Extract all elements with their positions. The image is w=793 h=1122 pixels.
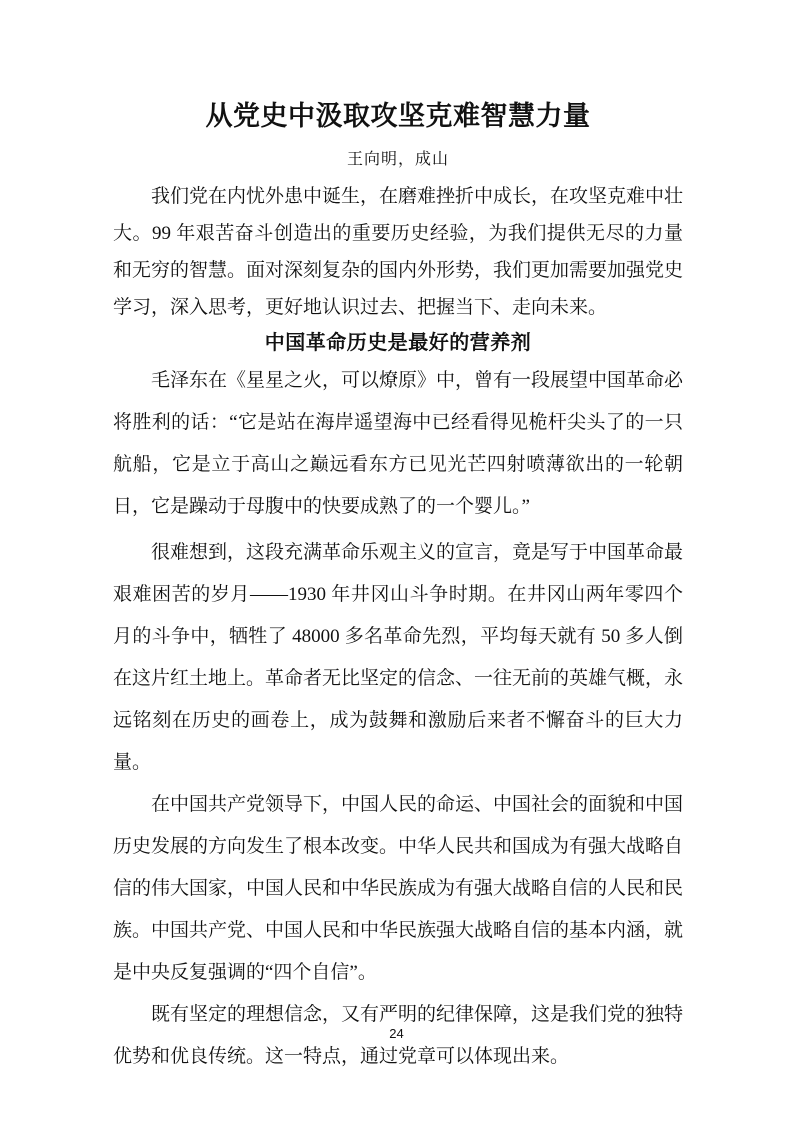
intro-paragraph: 我们党在内忧外患中诞生，在磨难挫折中成长，在攻坚克难中壮大。99 年艰苦奋斗创造… [113,178,683,326]
document-content: 从党史中汲取攻坚克难智慧力量 王向明，成山 我们党在内忧外患中诞生，在磨难挫折中… [113,0,683,1078]
section-paragraph-3: 在中国共产党领导下，中国人民的命运、中国社会的面貌和中国历史发展的方向发生了根本… [113,784,683,994]
page-title: 从党史中汲取攻坚克难智慧力量 [113,97,683,135]
page-number: 24 [0,1026,793,1042]
author-line: 王向明，成山 [113,149,683,171]
section-paragraph-1: 毛泽东在《星星之火，可以燎原》中，曾有一段展望中国革命必将胜利的话：“它是站在海… [113,360,683,528]
section-paragraph-2: 很难想到，这段充满革命乐观主义的宣言，竟是写于中国革命最艰难困苦的岁月——193… [113,532,683,784]
section-heading: 中国革命历史是最好的营养剂 [113,326,683,360]
document-page: 从党史中汲取攻坚克难智慧力量 王向明，成山 我们党在内忧外患中诞生，在磨难挫折中… [0,0,793,1122]
